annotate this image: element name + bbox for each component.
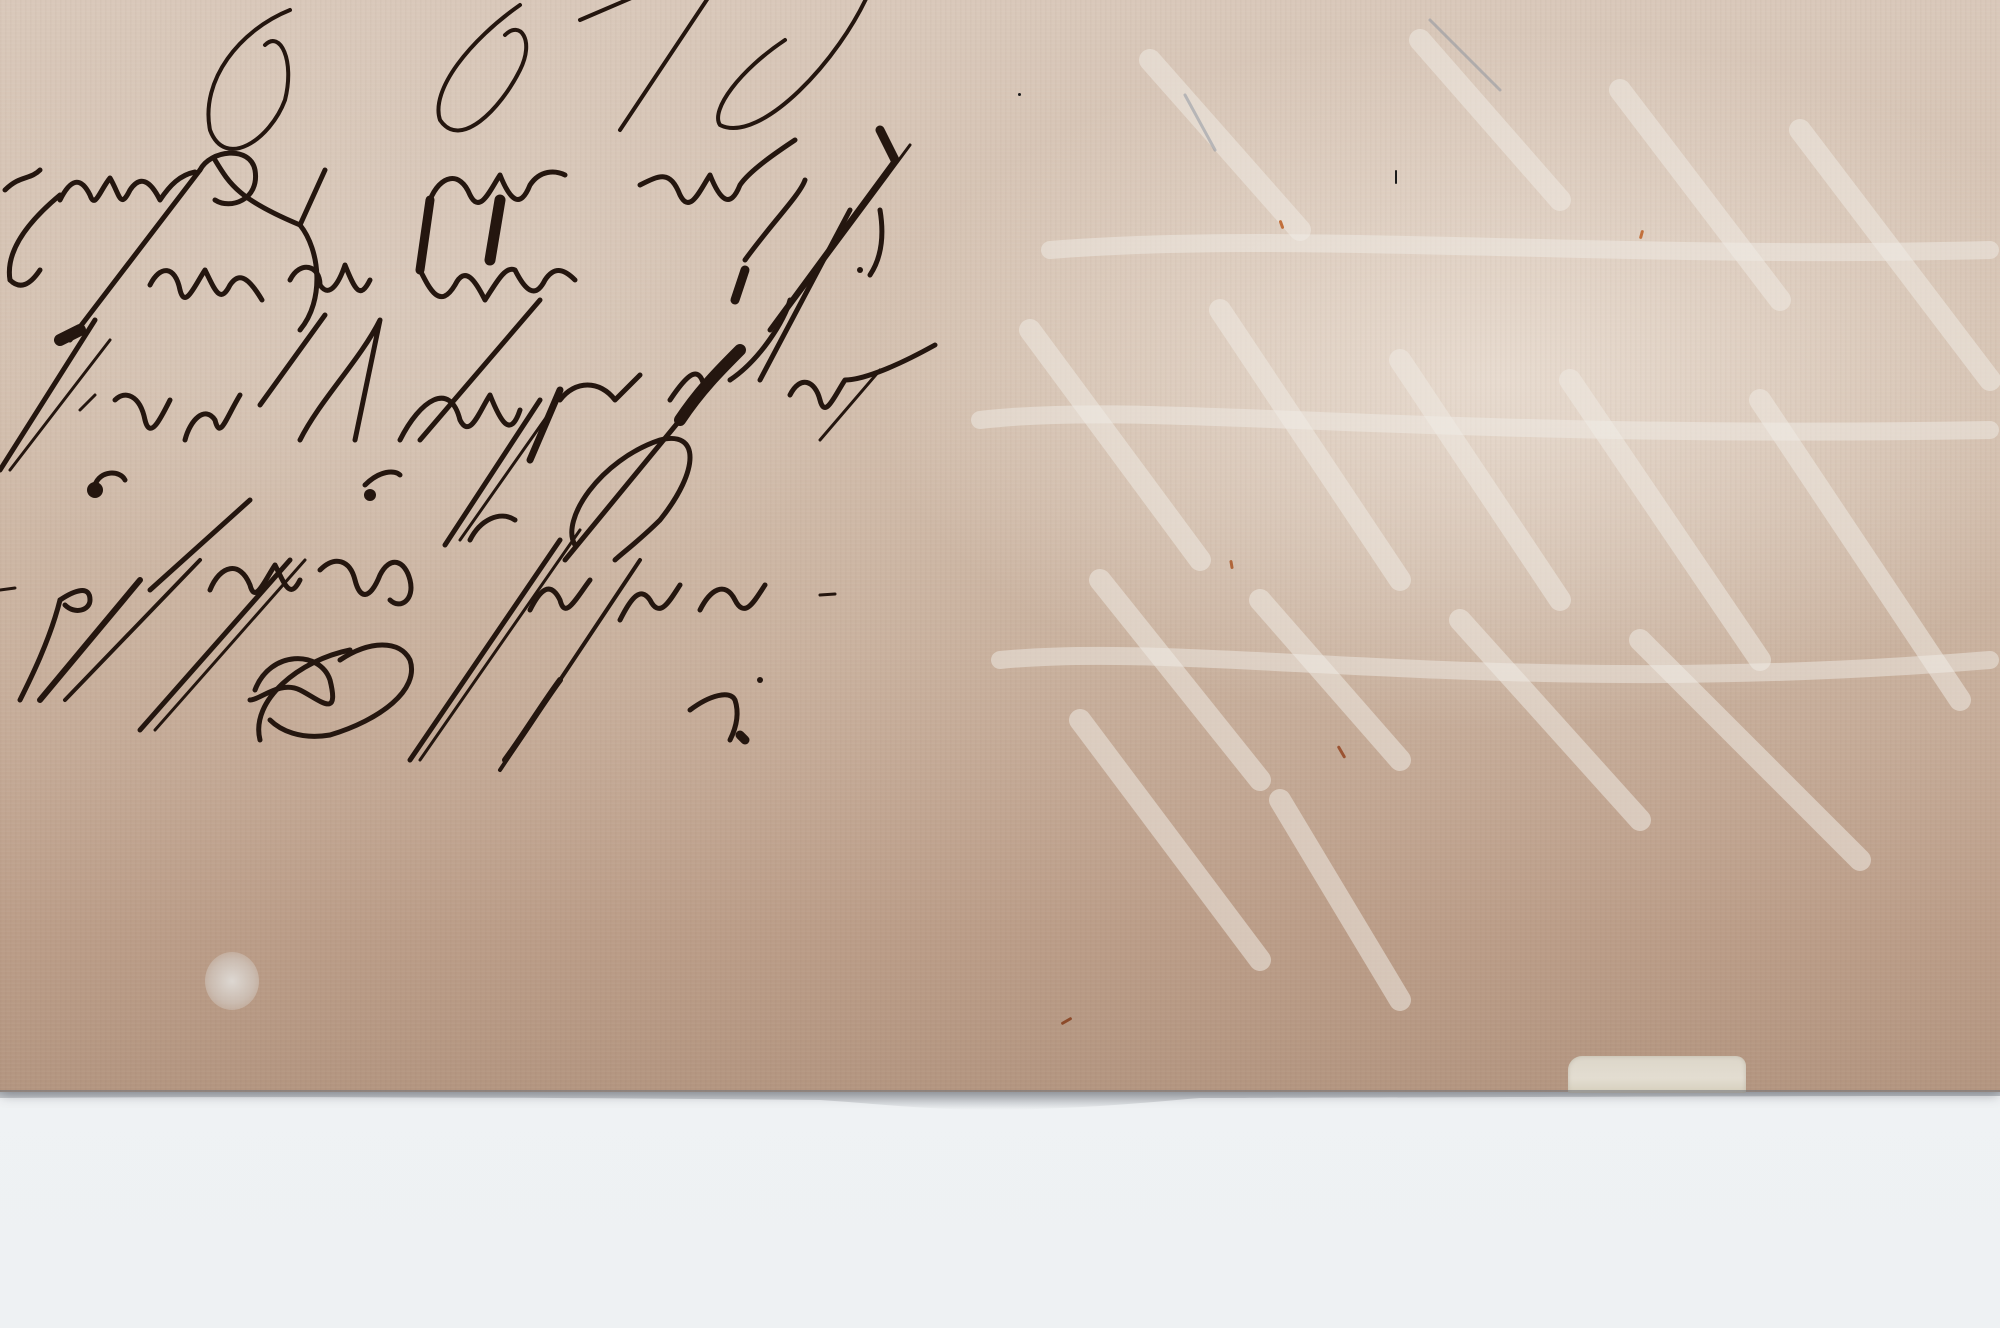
script-line-5	[87, 400, 690, 560]
script-line-3	[9, 153, 882, 380]
paper-stain-spot	[205, 952, 259, 1010]
script-line-1	[208, 0, 870, 149]
tape-repair-patch	[1568, 1056, 1746, 1093]
handwriting-ink	[0, 0, 2000, 1092]
script-line-2	[5, 130, 910, 330]
paper-edge-shadow	[0, 1090, 2000, 1120]
photo-scene: O O O z unnz qup uup l fuuz uzun ßs ßf u…	[0, 0, 2000, 1328]
script-line-6	[0, 500, 835, 730]
ink-speck	[1018, 93, 1021, 96]
manuscript-paper	[0, 0, 2000, 1092]
ink-speck	[1395, 170, 1397, 184]
script-line-4	[0, 300, 935, 470]
